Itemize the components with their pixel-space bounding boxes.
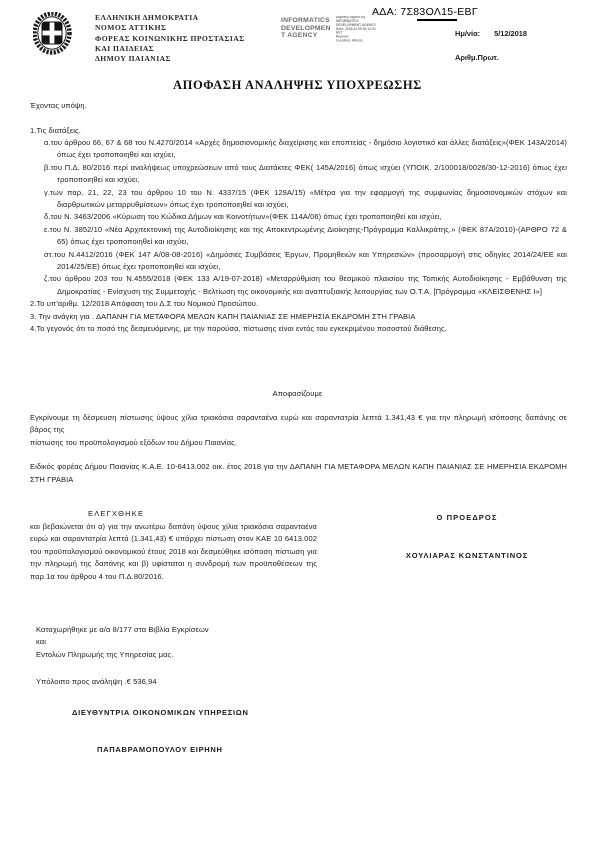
provision-item: δ.του Ν. 3463/2006 «Κύρωση του Κώδικα Δή… <box>44 211 567 223</box>
provision-item: α.του άρθρου 66, 67 & 68 του Ν.4270/2014… <box>44 137 567 162</box>
consideration-item: 4.Το γεγονός ότι το ποσό της δεσμευόμενη… <box>30 323 567 335</box>
provision-item: στ.του Ν.4412/2016 (ΦΕΚ 147 Α/08-08-2016… <box>44 249 567 274</box>
stamp-line: T AGENCY <box>281 32 331 40</box>
date-label: Ημ/νία: <box>455 29 480 38</box>
issuing-agency-block: ΕΛΛΗΝΙΚΗ ΔΗΜΟΚΡΑΤΙΑ ΝΟΜΟΣ ΑΤΤΙΚΗΣ ΦΟΡΕΑΣ… <box>95 13 245 64</box>
protocol-number-label: Αριθμ.Πρωτ. <box>455 53 499 62</box>
date-value: 5/12/2018 <box>494 29 527 38</box>
finance-director-name: ΠΑΠΑΒΡΑΜΟΠΟΥΛΟΥ ΕΙΡΗΝΗ <box>97 744 223 756</box>
checked-heading: ΕΛΕΓΧΘΗΚΕ <box>88 508 144 520</box>
stamp-line: DEVELOPMEN <box>281 25 331 33</box>
document-title: ΑΠΟΦΑΣΗ ΑΝΑΛΗΨΗΣ ΥΠΟΧΡΕΩΣΗΣ <box>0 78 595 93</box>
stamp-line: INFORMATICS <box>281 17 331 25</box>
document-page: ΕΛΛΗΝΙΚΗ ΔΗΜΟΚΡΑΤΙΑ ΝΟΜΟΣ ΑΤΤΙΚΗΣ ΦΟΡΕΑΣ… <box>0 0 595 842</box>
decision-heading: Αποφασίζουμε <box>0 388 595 400</box>
decision-body: Εγκρίνουμε τη δέσμευση πίστωσης ύψους χί… <box>30 412 567 486</box>
agency-line: ΚΑΙ ΠΑΙΔΕΙΑΣ <box>95 44 245 54</box>
digital-signature-stamp: INFORMATICS DEVELOPMEN T AGENCY <box>281 17 331 40</box>
agency-line: ΔΗΜΟΥ ΠΑΙΑΝΙΑΣ <box>95 54 245 64</box>
registration-line: Εντολών Πληρωμής της Υπηρεσίας μας. <box>36 649 291 661</box>
registration-line: Καταχωρήθηκε με α/α 8/177 στα Βιβλία Εγκ… <box>36 624 291 636</box>
provision-item: ζ.του άρθρου 203 του Ν.4555/2018 (ΦΕΚ 13… <box>44 273 567 298</box>
president-title: Ο ΠΡΟΕΔΡΟΣ <box>352 512 582 524</box>
greek-coat-of-arms-icon <box>33 12 73 56</box>
digital-signature-details: Digitally signed by INFORMATICS DEVELOPM… <box>336 16 424 43</box>
provisions-intro: 1.Τις διατάξεις. <box>30 125 81 137</box>
decision-paragraph-kae: Ειδικός φορέας Δήμου Παιανίας Κ.Α.Ε. 10-… <box>30 461 567 486</box>
president-signature-name: ΧΟΥΛΙΑΡΑΣ ΚΩΝΣΤΑΝΤΙΝΟΣ <box>352 550 582 562</box>
consideration-item: 2.Το υπ'αριθμ. 12/2018 Απόφαση του Δ.Σ τ… <box>30 298 567 310</box>
agency-line: ΦΟΡΕΑΣ ΚΟΙΝΩΝΙΚΗΣ ΠΡΟΣΤΑΣΙΑΣ <box>95 34 245 44</box>
legal-basis-list: α.του άρθρου 66, 67 & 68 του Ν.4270/2014… <box>30 137 567 336</box>
registration-note: Καταχωρήθηκε με α/α 8/177 στα Βιβλία Εγκ… <box>36 624 291 661</box>
date-row: Ημ/νία:5/12/2018 <box>455 29 527 38</box>
decision-paragraph-budget: πίστωσης του προϋπολογισμού εξόδων του Δ… <box>30 437 567 449</box>
spacer <box>30 449 567 461</box>
provision-item: β.του Π.Δ. 80/2016 περί αναλήψεως υποχρε… <box>44 162 567 187</box>
provision-item: γ.των παρ. 21, 22, 23 του άρθρου 10 του … <box>44 187 567 212</box>
checked-certification-text: και βεβαιώνεται ότι α) για την ανωτέρω δ… <box>30 521 317 583</box>
agency-line: ΕΛΛΗΝΙΚΗ ΔΗΜΟΚΡΑΤΙΑ <box>95 13 245 23</box>
agency-line: ΝΟΜΟΣ ΑΤΤΙΚΗΣ <box>95 23 245 33</box>
emblem-svg <box>33 12 73 56</box>
finance-director-title: ΔΙΕΥΘΥΝΤΡΙΑ ΟΙΚΟΝΟΜΙΚΩΝ ΥΠΗΡΕΣΙΩΝ <box>72 707 249 719</box>
remaining-balance-line: Υπόλοιπο προς ανάληψη .€ 536,94 <box>36 676 157 688</box>
registration-line: και <box>36 636 291 648</box>
decision-paragraph-amount: Εγκρίνουμε τη δέσμευση πίστωσης ύψους χί… <box>30 412 567 437</box>
having-regard-line: Έχοντας υπόψη. <box>30 100 87 112</box>
signature-detail-line: Location: Athens <box>336 39 424 43</box>
consideration-item: 3. Την ανάγκη για . ΔΑΠΑΝΗ ΓΙΑ ΜΕΤΑΦΟΡΑ … <box>30 311 567 323</box>
provision-item: ε.του Ν. 3852/10 «Νέα Αρχιτεκτονική της … <box>44 224 567 249</box>
